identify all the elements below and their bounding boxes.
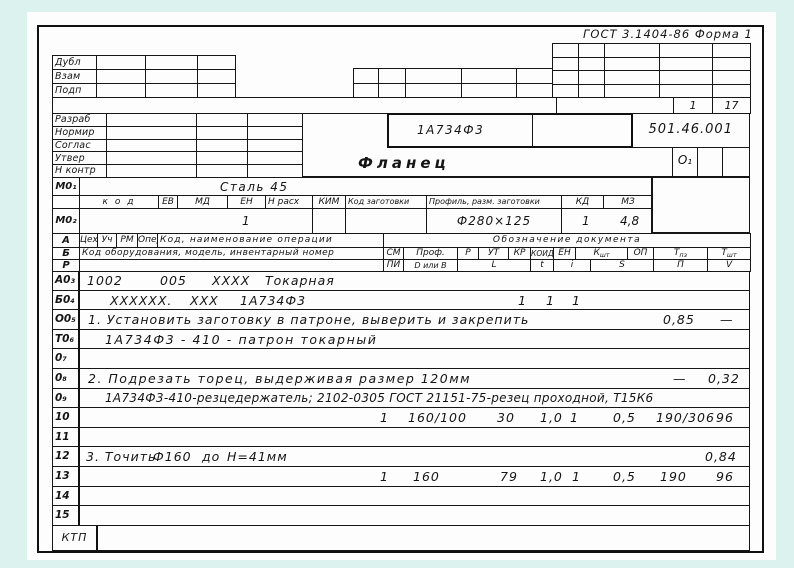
row-label: О0₅ (53, 310, 80, 329)
revision-cell (579, 57, 605, 71)
table-row: 13 1 160 79 1,0 1 0,5 190 96 (53, 467, 749, 487)
change-block: Дубл Взам Подп (52, 55, 236, 98)
material-header-en: ЕН (228, 196, 266, 209)
table-row: Б0₄ XXXXXX. XXX 1А734Ф3 1 1 1 (53, 291, 749, 311)
header-op: ОП (628, 248, 654, 260)
row-a-marker: А (53, 234, 80, 248)
table-row: 10 1 160/100 30 1,0 1 0,5 190/306 96 (53, 408, 749, 428)
transition-text: 3. Точить (86, 449, 156, 464)
doc-number: 501.46.001 (649, 122, 733, 137)
row-label: 0₈ (53, 369, 80, 388)
model-box-divider (532, 115, 533, 146)
en-value: 1 (572, 293, 581, 308)
revision-cell (713, 44, 751, 58)
grid-cell (354, 69, 379, 84)
table-row: 15 (53, 506, 749, 526)
doc-number-cell: 501.46.001 (633, 113, 749, 148)
middle-grid (353, 68, 553, 98)
s-value: 0,5 (613, 410, 636, 425)
change-cell (146, 70, 198, 84)
change-cell (146, 56, 198, 70)
header-koid: КОИД (531, 248, 554, 260)
equipment-model: 1А734Ф3 (240, 293, 306, 308)
change-label-dubl: Дубл (53, 56, 97, 70)
row-label: 15 (53, 506, 80, 525)
material-name: Сталь 45 (80, 178, 653, 196)
transition-diameter: Ф160 (153, 449, 192, 464)
header-kr: КР (509, 248, 531, 260)
material-header-n-rash: Н расх (266, 196, 313, 209)
header-sm: СМ (384, 248, 404, 260)
material-line-m01-label: М0₁ (53, 178, 80, 196)
approval-sign-cell (197, 126, 248, 139)
approval-label-agreed: Соглас (53, 139, 107, 152)
row-label: 13 (53, 467, 80, 486)
header-t-pz: Тпз (654, 248, 708, 260)
table-row: О0₅ 1. Установить заготовку в патроне, в… (53, 310, 749, 330)
revision-cell (660, 71, 713, 85)
approval-date-cell (248, 165, 303, 178)
equipment-code: XXXXXX. (110, 293, 172, 308)
grid-cell (462, 83, 517, 98)
transition-text: 1. Установить заготовку в патроне, вывер… (88, 312, 529, 327)
grid-cell (406, 69, 462, 84)
pi-value: 1 (380, 469, 389, 484)
kr-value: 1 (518, 293, 527, 308)
revision-cell (553, 57, 579, 71)
sheet-number: 1 (674, 98, 713, 114)
table-row: А0₃ 1002 005 XXXX Токарная (53, 271, 749, 291)
sheets-total: 17 (713, 98, 751, 114)
revision-cell (713, 84, 751, 98)
operation-name: Токарная (265, 273, 335, 288)
l-value: 79 (500, 469, 518, 484)
grid-cell (517, 83, 553, 98)
change-cell (97, 84, 146, 98)
operation-number: 005 (160, 273, 187, 288)
approval-sign-cell (197, 114, 248, 127)
i-value: 1 (572, 469, 581, 484)
approval-date-cell (248, 152, 303, 165)
pi-value: 1 (380, 410, 389, 425)
t-sht-value: 0,84 (705, 449, 737, 464)
t-sht-value: — (720, 312, 734, 327)
material-blank-profile-value: Ф280×125 (427, 209, 562, 234)
material-header-kd: КД (562, 196, 604, 209)
revision-cell (579, 44, 605, 58)
material-line-m02-label: М0₂ (53, 209, 80, 234)
header-i: i (554, 260, 591, 272)
revision-cell (605, 84, 660, 98)
change-cell (97, 56, 146, 70)
s-value: 0,5 (613, 469, 636, 484)
revision-cell (605, 44, 660, 58)
revision-cell (553, 84, 579, 98)
t-sht-value: 0,32 (708, 371, 740, 386)
tooling-text: 1А734Ф3-410-резцедержатель; 2102-0305 ГО… (105, 391, 653, 406)
ktp-row: КТП (52, 526, 750, 551)
litera-cell (722, 148, 749, 176)
header-section: Уч (98, 234, 117, 248)
row-r-marker: Р (53, 260, 80, 272)
material-header-blank (53, 196, 80, 209)
header-operation: Опер (138, 234, 158, 248)
row-label: 0₉ (53, 389, 80, 408)
litera-cell: О₁ (672, 148, 697, 176)
approval-date-cell (248, 114, 303, 127)
v-value: 96 (716, 410, 734, 425)
revision-cell (553, 44, 579, 58)
t-value: 1,0 (540, 410, 563, 425)
shop-code: 1002 (87, 273, 123, 288)
header-d-or-b: D или B (404, 260, 458, 272)
approval-name-cell (107, 114, 197, 127)
material-blank-code-value (346, 209, 427, 234)
i-value: 1 (570, 410, 579, 425)
header-ut: УТ (479, 248, 509, 260)
table-row: 0₉ 1А734Ф3-410-резцедержатель; 2102-0305… (53, 389, 749, 409)
approval-label-approved: Утвер (53, 152, 107, 165)
table-row: 0₇ (53, 349, 749, 369)
approval-block: Разраб Нормир Соглас Утвер Н контр (52, 113, 303, 178)
row-label: Б0₄ (53, 291, 80, 310)
revision-cell (660, 57, 713, 71)
header-r-blank (80, 260, 384, 272)
material-header-md: МД (178, 196, 228, 209)
equipment-code-suffix: XXX (190, 293, 219, 308)
material-kd-value: 1 (582, 215, 590, 227)
row-label: 0₇ (53, 349, 80, 368)
material-right-block (651, 177, 750, 233)
grid-cell (354, 83, 379, 98)
operation-code: XXXX (212, 273, 250, 288)
approval-sign-cell (197, 165, 248, 178)
n-value: 190/306 (656, 410, 715, 425)
material-header-mz: МЗ (604, 196, 653, 209)
v-value: 96 (716, 469, 734, 484)
ktp-label: КТП (53, 526, 98, 550)
change-cell (198, 56, 236, 70)
header-shop: Цех (80, 234, 98, 248)
revision-cell (579, 71, 605, 85)
header-pi: ПИ (384, 260, 404, 272)
change-label-vzam: Взам (53, 70, 97, 84)
header-l: L (458, 260, 531, 272)
approval-name-cell (107, 139, 197, 152)
approval-sign-cell (197, 152, 248, 165)
t-pz-value: — (673, 371, 687, 386)
header-t: t (531, 260, 554, 272)
header-operation-name: Код, наименование операции (158, 234, 384, 248)
revision-cell (660, 84, 713, 98)
header-n: П (654, 260, 708, 272)
header-r: Р (458, 248, 479, 260)
revision-cell (713, 71, 751, 85)
row-label: 14 (53, 487, 80, 506)
header-t-sht: Тшт (708, 248, 751, 260)
transition-text: 2. Подрезать торец, выдерживая размер 12… (88, 371, 471, 386)
material-header-code: к о д (80, 196, 159, 209)
header-s: S (591, 260, 654, 272)
d-or-b-value: 160/100 (408, 410, 467, 425)
title-block: 1А734Ф3 501.46.001 Фланец О₁ (302, 113, 750, 177)
d-or-b-value: 160 (413, 469, 440, 484)
change-cell (146, 84, 198, 98)
row-label: А0₃ (53, 271, 80, 290)
model-box: 1А734Ф3 (387, 113, 633, 148)
table-row: 14 (53, 487, 749, 507)
revision-cell (579, 84, 605, 98)
header-en: ЕН (554, 248, 576, 260)
material-code-value: 1 (80, 209, 313, 234)
revision-cell (605, 57, 660, 71)
grid-cell (379, 83, 406, 98)
row-label: 11 (53, 428, 80, 447)
approval-label-developed: Разраб (53, 114, 107, 127)
tooling-text: 1А734Ф3 - 410 - патрон токарный (105, 332, 378, 347)
material-header-kim: КИМ (313, 196, 346, 209)
change-cell (198, 84, 236, 98)
n-value: 190 (660, 469, 687, 484)
part-name: Фланец (358, 154, 450, 172)
table-row: 12 3. Точить Ф160 до Н=41мм 0,84 (53, 447, 749, 467)
header-workplace: РМ (117, 234, 138, 248)
approval-sign-cell (197, 139, 248, 152)
t-value: 1,0 (540, 469, 563, 484)
material-kim-value (313, 209, 346, 234)
column-headers: А Цех Уч РМ Опер Код, наименование опера… (52, 233, 751, 272)
litera-cell (697, 148, 722, 176)
koid-value: 1 (546, 293, 555, 308)
material-mz-value: 4,8 (620, 215, 639, 227)
revision-cell (605, 71, 660, 85)
t-pz-value: 0,85 (663, 312, 695, 327)
grid-cell (517, 69, 553, 84)
table-row: Т0₆ 1А734Ф3 - 410 - патрон токарный (53, 330, 749, 350)
header-k-sht: Кшт (576, 248, 628, 260)
change-label-podp: Подп (53, 84, 97, 98)
material-header-blank-profile: Профиль, разм. заготовки (427, 196, 562, 209)
header-equipment: Код оборудования, модель, инвентарный но… (80, 248, 384, 260)
approval-date-cell (248, 126, 303, 139)
approval-date-cell (248, 139, 303, 152)
material-block: М0₁ Сталь 45 к о д ЕВ МД ЕН Н расх КИМ К… (52, 177, 653, 234)
material-header-ev: ЕВ (159, 196, 178, 209)
grid-cell (406, 83, 462, 98)
sheet-row-blank (557, 98, 674, 114)
approval-name-cell (107, 165, 197, 178)
header-prof: Проф. (404, 248, 458, 260)
transition-height: Н=41мм (227, 449, 288, 464)
row-label: Т0₆ (53, 330, 80, 349)
table-row: 0₈ 2. Подрезать торец, выдерживая размер… (53, 369, 749, 389)
approval-name-cell (107, 126, 197, 139)
revision-cell (660, 44, 713, 58)
table-row: 11 (53, 428, 749, 448)
approval-name-cell (107, 152, 197, 165)
sheet-row: 1 17 (52, 97, 751, 114)
approval-label-normcontrol: Нормир (53, 126, 107, 139)
grid-cell (462, 69, 517, 84)
row-label: 12 (53, 447, 80, 466)
sheet-row-blank (53, 98, 557, 114)
revision-cell (553, 71, 579, 85)
row-b-marker: Б (53, 248, 80, 260)
change-cell (198, 70, 236, 84)
header-v: V (708, 260, 751, 272)
operation-rows: А0₃ 1002 005 XXXX Токарная Б0₄ XXXXXX. X… (52, 271, 750, 526)
form-standard-label: ГОСТ 3.1404-86 Форма 1 (583, 27, 753, 41)
grid-cell (379, 69, 406, 84)
transition-to: до (202, 449, 220, 464)
row-label: 10 (53, 408, 80, 427)
approval-label-ncontrol: Н контр (53, 165, 107, 178)
litera-value: О₁ (678, 153, 692, 167)
change-cell (97, 70, 146, 84)
header-document: Обозначение документа (384, 234, 751, 248)
material-kd-mz-cell: 1 4,8 (562, 209, 653, 234)
revision-grid (552, 43, 751, 98)
revision-cell (713, 57, 751, 71)
material-header-blank-code: Код заготовки (346, 196, 427, 209)
model-code: 1А734Ф3 (417, 123, 484, 137)
l-value: 30 (497, 410, 515, 425)
